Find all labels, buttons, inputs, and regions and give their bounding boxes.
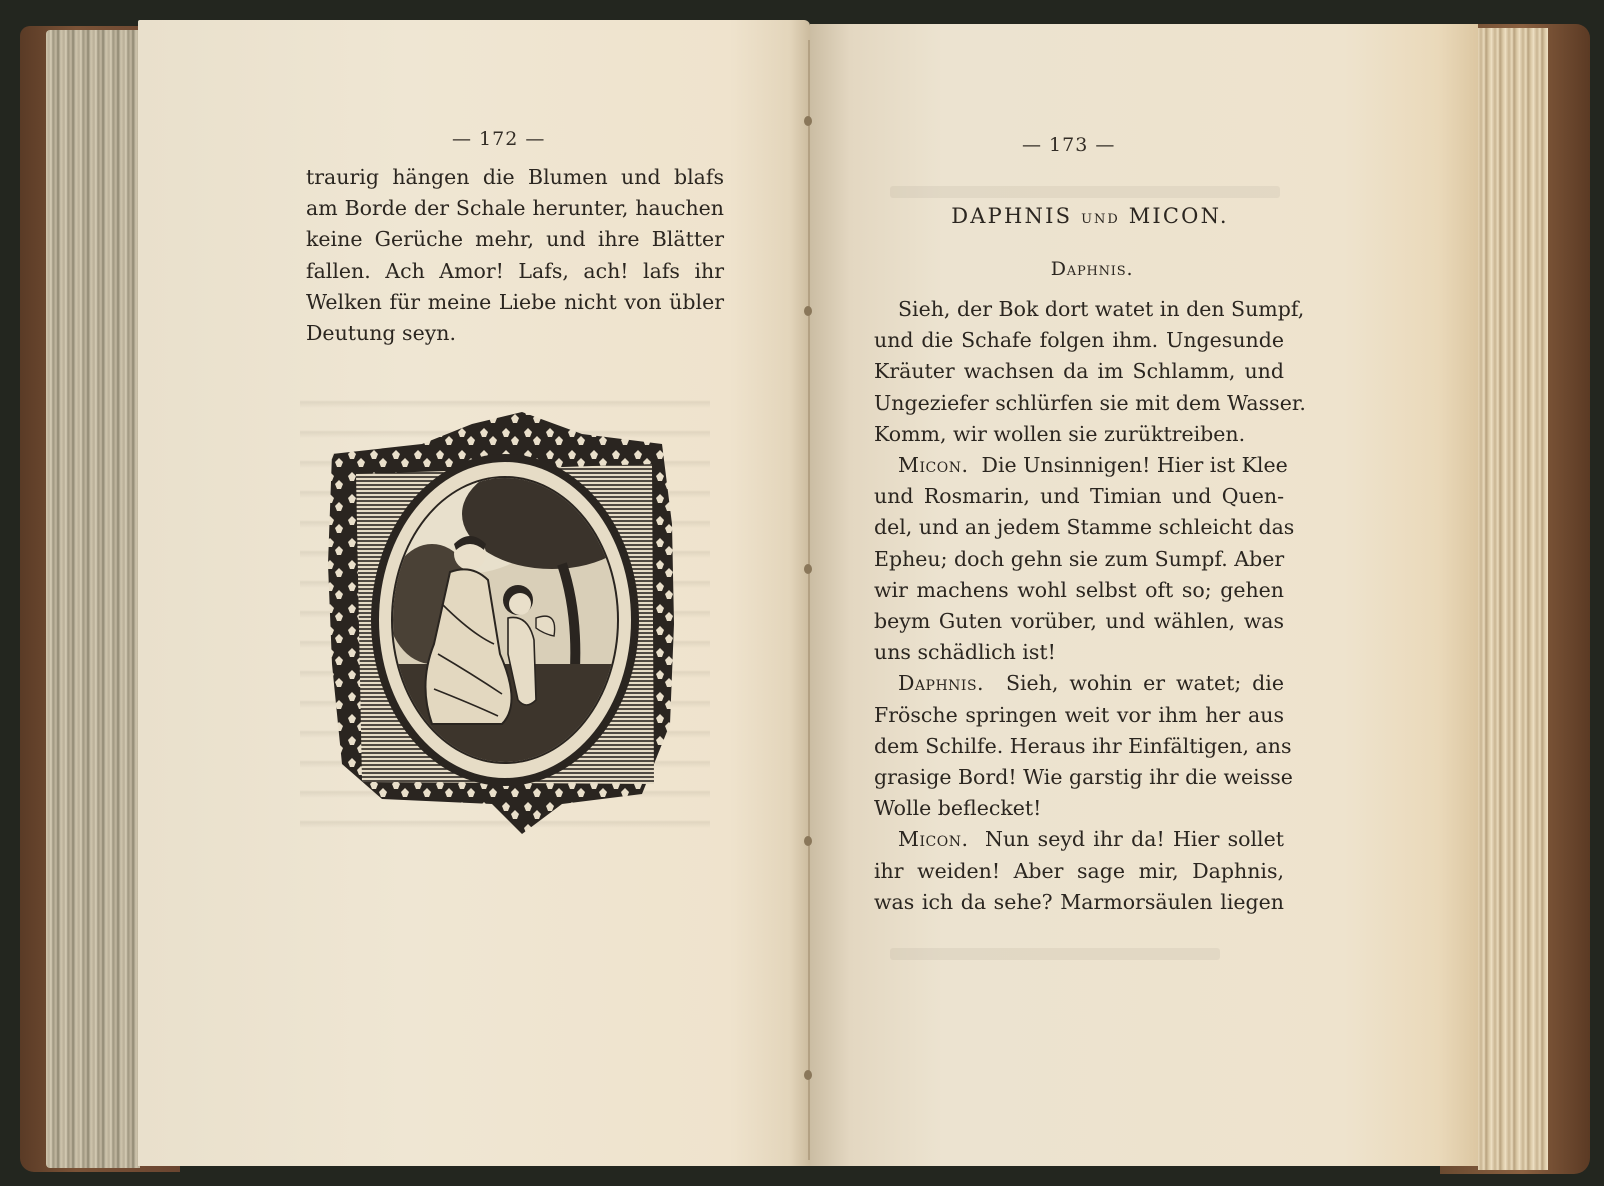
gutter [808,40,810,1160]
title-micon: MICON. [1129,204,1229,228]
text-line: Wolle beflecket! [874,793,1284,824]
text-line: Welken für meine Liebe nicht von übler [306,287,724,318]
binding-stitch [804,1070,812,1080]
binding-stitch [804,836,812,846]
speaker-name: Micon. [898,827,968,851]
left-page-text: traurig hängen die Blumen und blafs am B… [306,162,724,349]
text-line: Epheu; doch gehn sie zum Sumpf. Aber [874,544,1284,575]
speaker-name: Micon. [898,453,968,477]
text-line: grasige Bord! Wie garstig ihr die weisse [874,762,1284,793]
text-line: am Borde der Schale herunter, hauchen [306,193,724,224]
text-line: Micon. Nun seyd ihr da! Hier sollet [874,824,1284,855]
show-through [890,948,1220,960]
chapter-title: DAPHNIS UND MICON. [930,204,1250,228]
text-line: Komm, wir wollen sie zurüktreiben. [874,419,1284,450]
text-line: Frösche springen weit vor ihm her aus [874,700,1284,731]
page-number-left: — 172 — [452,128,545,150]
title-conjunction: UND [1081,212,1120,227]
title-daphnis: DAPHNIS [951,204,1072,228]
page-number-right: — 173 — [1022,134,1115,156]
text-line: Deutung seyn. [306,318,724,349]
text-line: beym Guten vorüber, und wählen, was [874,606,1284,637]
binding-stitch [804,116,812,126]
page-edges-right [1478,28,1548,1170]
text-line: Micon. Die Unsinnigen! Hier ist Klee [874,450,1284,481]
speaker-name: Daphnis. [898,671,984,695]
page-edges-left [46,30,140,1168]
text-line: traurig hängen die Blumen und blafs [306,162,724,193]
text-line: Ungeziefer schlürfen sie mit dem Wasser. [874,388,1284,419]
text-line: del, und an jedem Stamme schleicht das [874,512,1284,543]
text-line: fallen. Ach Amor! Lafs, ach! lafs ihr [306,256,724,287]
right-page-text: Sieh, der Bok dort watet in den Sumpf, u… [874,294,1284,918]
text-line: was ich da sehe? Marmorsäulen liegen [874,887,1284,918]
engraved-vignette-illustration [322,404,688,844]
show-through [890,186,1280,198]
text-line: keine Gerüche mehr, und ihre Blätter [306,224,724,255]
speaker-heading: Daphnis. [1030,258,1154,280]
binding-stitch [804,564,812,574]
text-line: und Rosmarin, und Timian und Quen- [874,481,1284,512]
text-line: wir machens wohl selbst oft so; gehen [874,575,1284,606]
text-line: und die Schafe folgen ihm. Ungesunde [874,325,1284,356]
binding-stitch [804,306,812,316]
text-line: dem Schilfe. Heraus ihr Einfältigen, ans [874,731,1284,762]
text-line: uns schädlich ist! [874,637,1284,668]
text-line: ihr weiden! Aber sage mir, Daphnis, [874,856,1284,887]
text-line: Kräuter wachsen da im Schlamm, und [874,356,1284,387]
text-line: Sieh, der Bok dort watet in den Sumpf, [874,294,1284,325]
text-line: Daphnis. Sieh, wohin er watet; die [874,668,1284,699]
